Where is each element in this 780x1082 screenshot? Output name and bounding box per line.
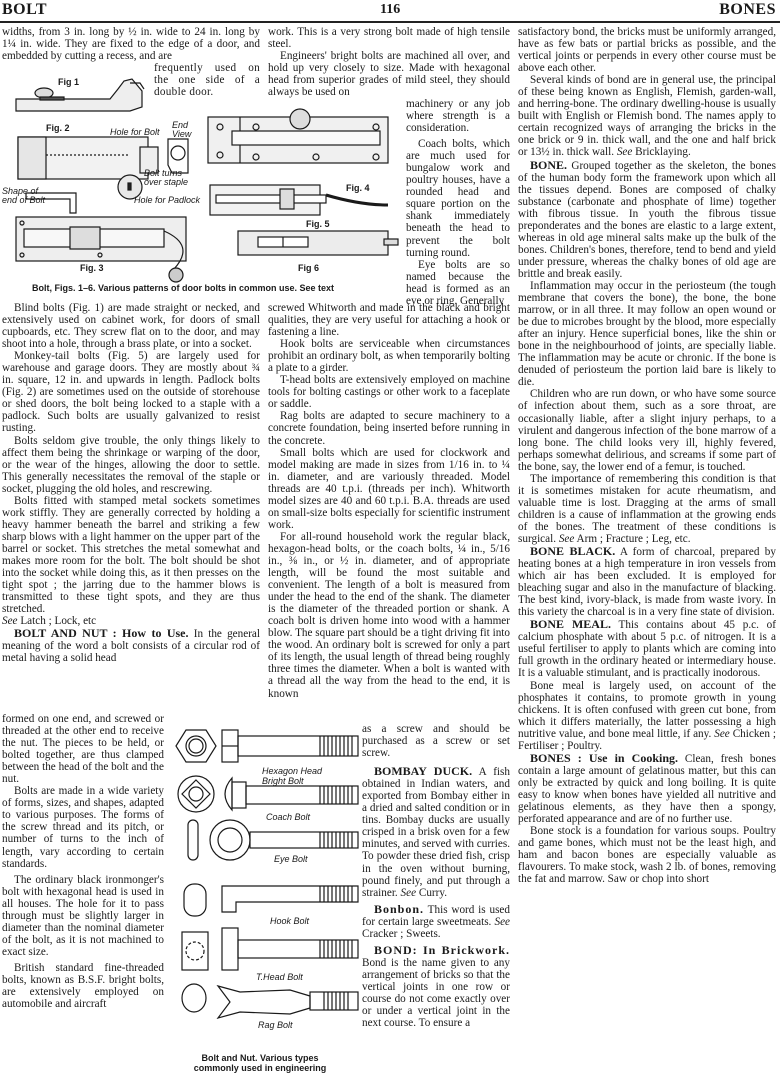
column-2-top: work. This is a very strong bolt made of… [268,26,510,98]
fig6-label: Fig 6 [298,263,319,273]
header-rule [0,21,780,23]
headword-bolt-and-nut: BOLT AND NUT : How to Use. [14,626,189,640]
running-header: BOLT 116 BONES [0,0,780,22]
entry-bone-meal: BONE MEAL. This contains about 45 p.c. o… [518,618,776,679]
entry-bombay-duck: BOMBAY DUCK. A fish obtained in Indian w… [362,765,510,899]
paragraph-ordinary: The ordinary black ironmonger's bolt wit… [2,874,164,958]
paragraph-british: British standard fine-threaded bolts, kn… [2,962,164,1010]
paragraph-stamped: Bolts fitted with stamped metal sockets … [2,495,260,615]
entry-bones-cooking: BONES : Use in Cooking. Clean, fresh bon… [518,752,776,825]
headword-bond: BOND: In Brickwork. [374,943,510,957]
bonbon-see-ref[interactable]: Cracker ; Sweets. [362,928,441,940]
entry-bond: BOND: In Brickwork. Bond is the name giv… [362,944,510,1029]
bolt-types-caption: Bolt and Nut. Various types commonly use… [170,1053,350,1073]
headword-bone-black: BONE BLACK. [530,544,615,558]
kinds-see-ref[interactable]: Bricklaying. [635,146,691,158]
fig3-label: Fig. 3 [80,263,104,273]
paragraph-bn-wrap: formed on one end, and screwed or thread… [2,713,164,785]
headword-bone: BONE. [530,158,567,172]
entry-bolt-and-nut: BOLT AND NUT : How to Use. In the genera… [2,627,260,664]
fig4-label: Fig. 4 [346,183,370,193]
bolt-turns-label: Bolt turns over staple [144,169,200,187]
end-view-label: End View [172,121,198,139]
fig2-label: Fig. 2 [46,123,70,133]
entry-bonbon: Bonbon. This word is used for certain la… [362,903,510,940]
bolt-types-illustration: Hexagon Head Bright Bolt Coach Bolt Eye … [170,726,360,1056]
hook-bolt-label: Hook Bolt [270,916,309,926]
bombay-see-ref[interactable]: Curry. [419,887,447,899]
page-number: 116 [380,2,400,18]
paragraph-work: work. This is a very strong bolt made of… [268,26,510,50]
paragraph-allround-wrap: as a screw and should be purchased as a … [362,723,510,759]
paragraph-coach: Coach bolts, which are much used for bun… [406,138,510,258]
fig5-label: Fig. 5 [306,219,330,229]
paragraph-small: Small bolts which are used for clockwork… [268,447,510,531]
hexagon-bolt-label: Hexagon Head Bright Bolt [262,766,342,786]
paragraph-children: Children who are run down, or who have s… [518,388,776,472]
paragraph-bond-cont: satisfactory bond, the bricks must be un… [518,26,776,74]
paragraph-blind-bolts: Blind bolts (Fig. 1) are made straight o… [2,302,260,350]
left-guide-word: BOLT [2,1,47,19]
shape-of-end-label: Shape of end of Bolt [2,187,48,205]
paragraph-engineers-wrap: machinery or any job where strength is a… [406,98,510,134]
paragraph-hook: Hook bolts are serviceable when circumst… [268,338,510,374]
headword-bombay-duck: BOMBAY DUCK. [374,764,472,778]
headword-bones-cooking: BONES : Use in Cooking. [530,751,678,765]
paragraph-stock: Bone stock is a foundation for various s… [518,825,776,885]
hole-for-padlock-label: Hole for Padlock [134,195,200,205]
paragraph-bone-meal-2: Bone meal is largely used, on account of… [518,680,776,752]
entry-bone-black: BONE BLACK. A form of charcoal, prepared… [518,545,776,618]
column-3: satisfactory bond, the bricks must be un… [518,26,776,885]
column-2-main: screwed Whitworth and made in the black … [268,302,510,700]
paragraph-rag: Rag bolts are adapted to secure machiner… [268,410,510,446]
paragraph-eye: Eye bolts are so named because the head … [406,259,510,307]
paragraph-variety: Bolts are made in a wide variety of form… [2,785,164,869]
right-guide-word: BONES [719,1,776,19]
paragraph-engineers: Engineers' bright bolts are machined all… [268,50,510,98]
paragraph-thead: T-head bolts are extensively employed on… [268,374,510,410]
thead-bolt-label: T.Head Bolt [256,972,303,982]
paragraph-inflammation: Inflammation may occur in the periosteum… [518,280,776,388]
paragraph-importance: The importance of remembering this condi… [518,473,776,545]
paragraph-allround: For all-round household work the regular… [268,531,510,700]
door-bolts-caption: Bolt, Figs. 1–6. Various patterns of doo… [0,283,452,293]
eye-bolt-label: Eye Bolt [274,854,308,864]
paragraph-bolts-seldom: Bolts seldom give trouble, the only thin… [2,435,260,495]
headword-bonbon: Bonbon. [374,902,424,916]
column-2-wrap-lower: as a screw and should be purchased as a … [362,723,510,1029]
fig1-label: Fig 1 [58,77,79,87]
paragraph-eye-cont: screwed Whitworth and made in the black … [268,302,510,338]
entry-bone: BONE. Grouped together as the skeleton, … [518,159,776,280]
hole-for-bolt-label: Hole for Bolt [110,127,160,137]
paragraph-monkey-tail: Monkey-tail bolts (Fig. 5) are largely u… [2,350,260,434]
column-2-wrap: machinery or any job where strength is a… [406,98,510,307]
column-1-wrap: formed on one end, and screwed or thread… [2,713,164,1010]
paragraph-kinds: Several kinds of bond are in general use… [518,74,776,158]
headword-bone-meal: BONE MEAL. [530,617,611,631]
rag-bolt-label: Rag Bolt [258,1020,293,1030]
column-1-main: Blind bolts (Fig. 1) are made straight o… [2,302,260,664]
coach-bolt-label: Coach Bolt [266,812,310,822]
